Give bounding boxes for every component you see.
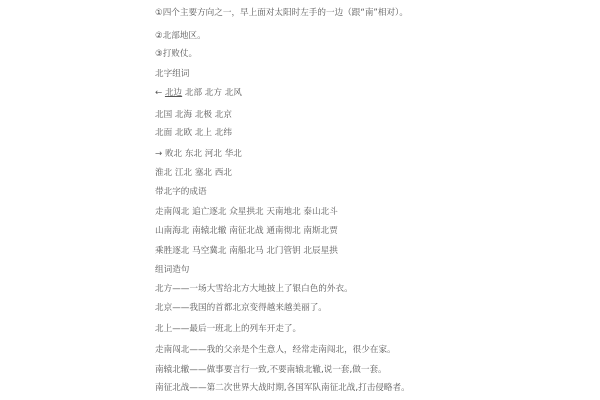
- idiom-row: 乘胜逐北 马空冀北 南船北马 北门管钥 北辰星拱: [155, 245, 338, 257]
- compound-row: ← 北边 北部 北方 北风: [155, 87, 242, 99]
- sentence-row: 北方——一场大雪给北方大地披上了银白色的外衣。: [155, 283, 353, 295]
- compound-row: → 败北 东北 河北 华北: [155, 148, 242, 160]
- sentence-row: 走南闯北——我的父亲是个生意人，经常走南闯北，很少在家。: [155, 344, 396, 356]
- definition-3: ③打败仗。: [155, 48, 197, 60]
- compound-link-beibian[interactable]: 北边: [165, 88, 182, 98]
- definition-2: ②北部地区。: [155, 30, 206, 42]
- compound-row: 北国 北海 北极 北京: [155, 109, 232, 121]
- definition-1: ①四个主要方向之一，早上面对太阳时左手的一边（跟“南”相对）。: [155, 7, 408, 19]
- sentence-row: 南征北战——第二次世界大战时期,各国军队南征北战,打击侵略者。: [155, 382, 410, 394]
- idiom-row: 山南海北 南辕北辙 南征北战 通南彻北 南斯北贾: [155, 225, 338, 237]
- arrow-right-icon: →: [155, 149, 165, 159]
- idioms-heading: 带北字的成语: [155, 186, 207, 198]
- compound-row: 淮北 江北 塞北 西北: [155, 167, 232, 179]
- compounds-heading: 北字组词: [155, 68, 189, 80]
- sentences-heading: 组词造句: [155, 264, 189, 276]
- compound-row: 北面 北欧 北上 北纬: [155, 127, 232, 139]
- arrow-left-icon: ←: [155, 88, 165, 98]
- sentence-row: 北京——我国的首都北京变得越来越美丽了。: [155, 302, 327, 314]
- idiom-row: 走南闯北 追亡逐北 众星拱北 天南地北 泰山北斗: [155, 206, 338, 218]
- sentence-row: 南辕北辙——做事要言行一致,不要南辕北辙,说一套,做一套。: [155, 364, 387, 376]
- sentence-row: 北上——最后一班北上的列车开走了。: [155, 323, 301, 335]
